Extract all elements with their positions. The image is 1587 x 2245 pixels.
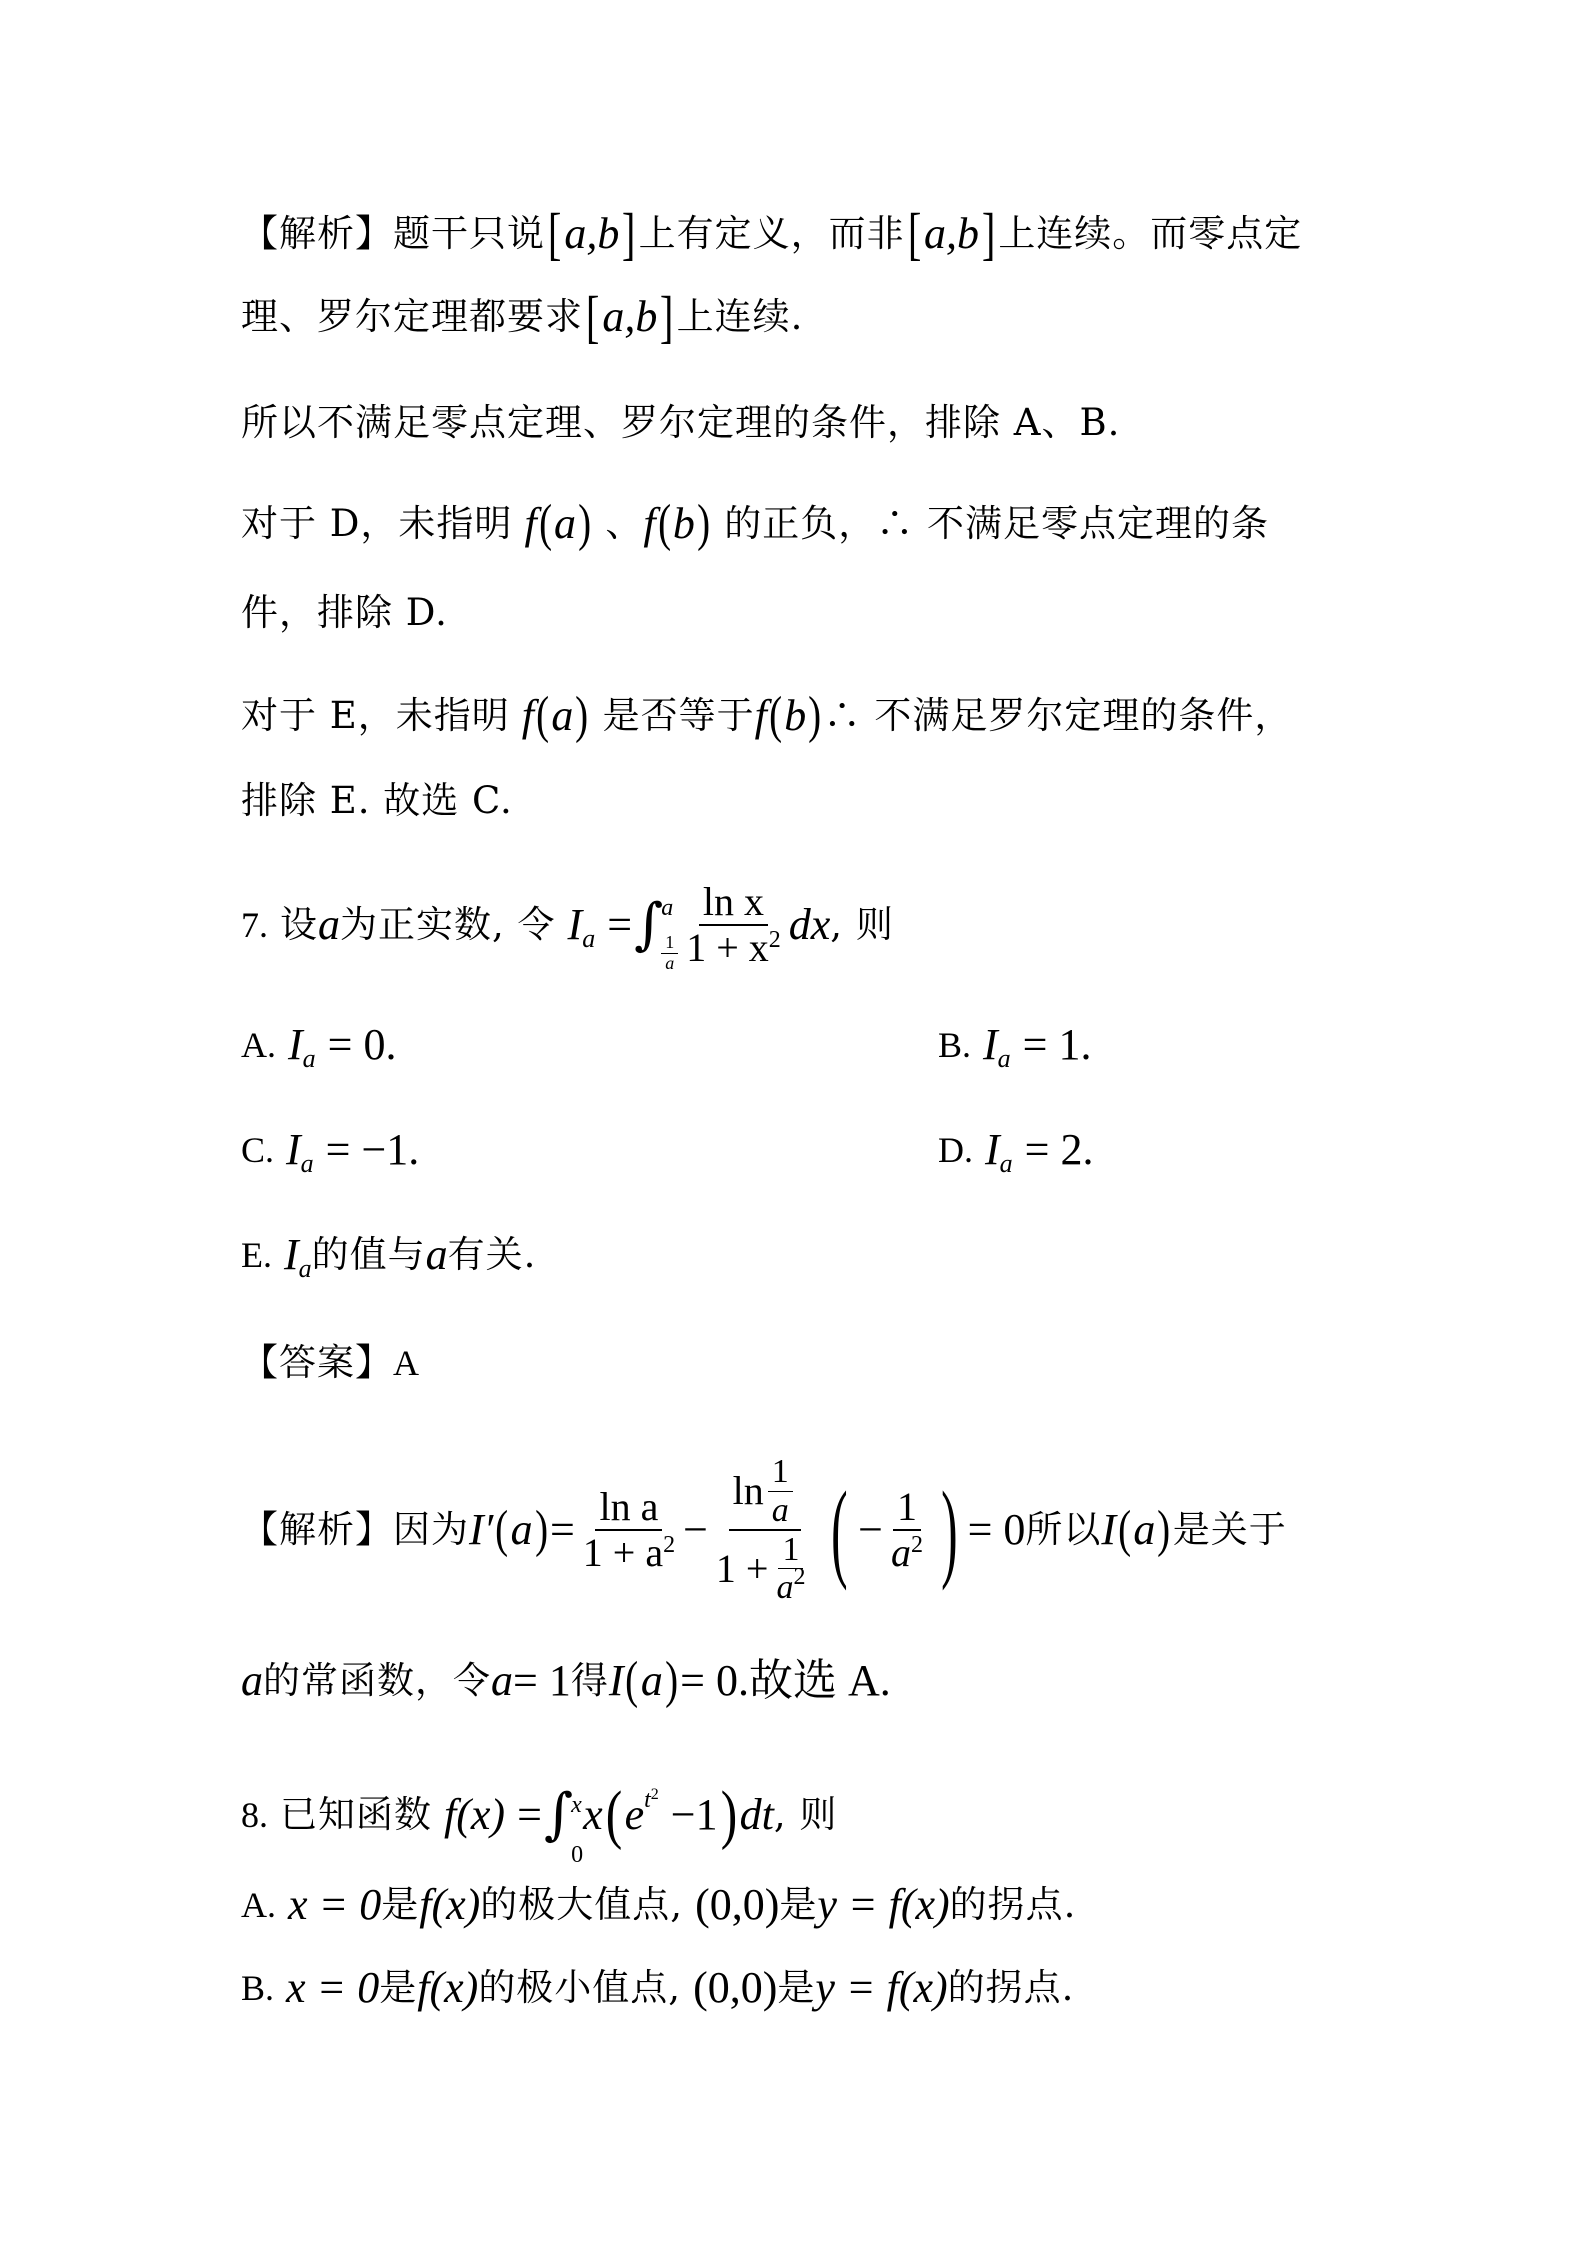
numerator: ln 1 a — [729, 1453, 801, 1531]
option-a: A. Ia = 0. — [241, 1020, 396, 1070]
q8-option-a: A. x = 0 是 f(x) 的极大值点, (0,0) 是 y = f(x) … — [241, 1880, 1076, 1930]
text: t — [644, 1787, 651, 1813]
bracket-open: [ — [586, 288, 600, 346]
denominator: 1 + a2 — [579, 1531, 679, 1575]
text: 理、罗尔定理都要求 — [241, 292, 583, 342]
text: 、 — [605, 499, 643, 549]
text: 2 — [651, 1786, 659, 1803]
text: ln x — [703, 879, 764, 924]
text: 1 + — [716, 1547, 769, 1591]
equals-zero: = 0 — [968, 1505, 1026, 1555]
math-curve: y = f(x) — [817, 1880, 949, 1930]
exponent: 2 — [663, 1532, 675, 1558]
analysis-q6-line2: 理、罗尔定理都要求 [a,b] 上连续. — [241, 288, 803, 346]
answer-label: 【答案】 — [241, 1338, 393, 1388]
text: 是 — [779, 1880, 817, 1930]
math-a: a — [241, 1656, 263, 1706]
math-I: I — [983, 1020, 998, 1070]
option-c: C. Ia = −1. — [241, 1125, 419, 1175]
option-value: = 0. — [328, 1020, 397, 1070]
option-label: E. — [241, 1230, 272, 1280]
text: 件，排除 D. — [241, 588, 448, 638]
numerator: ln a — [595, 1485, 662, 1531]
math-eq-1: = 1 — [513, 1656, 571, 1706]
analysis-q7-line1: 【解析】因为 I′(a) = ln a 1 + a2 − ln 1 a 1 + … — [241, 1430, 1287, 1630]
paren: ( — [658, 498, 671, 550]
math-a: a — [551, 691, 573, 741]
numerator: 1 — [893, 1485, 921, 1531]
text: 所以不满足零点定理、罗尔定理的条件，排除 A、B. — [241, 398, 1120, 448]
text: 的拐点. — [950, 1880, 1077, 1930]
paren: ) — [808, 690, 821, 742]
math-I: I — [1101, 1505, 1116, 1555]
math-cond: x = 0 — [286, 1963, 379, 2013]
math-f: f — [524, 499, 536, 549]
den: a2 — [772, 1569, 809, 1606]
text: 的常函数，令 — [263, 1656, 491, 1706]
text: 有关. — [448, 1230, 537, 1280]
text: 的正负，∴ 不满足零点定理的条 — [724, 499, 1269, 549]
one-over-a-squared: 1 a2 — [772, 1531, 809, 1607]
answer-value: A — [393, 1338, 419, 1388]
math-b: b — [673, 499, 695, 549]
math-f: f — [643, 499, 655, 549]
math-a: a — [426, 1230, 448, 1280]
math-f: f — [755, 691, 767, 741]
math-curve: y = f(x) — [815, 1963, 947, 2013]
minus: − — [858, 1505, 883, 1555]
analysis-label-text: 【解析】因为 — [241, 1505, 469, 1555]
denominator: 1 + 1 a2 — [712, 1531, 818, 1607]
text: = 0.故选 A. — [680, 1656, 891, 1706]
den: a — [661, 954, 678, 974]
num: 1 — [768, 1453, 793, 1491]
q8-option-b: B. x = 0 是 f(x) 的极小值点, (0,0) 是 y = f(x) … — [241, 1963, 1074, 2013]
fraction-ln-1-over-a: ln 1 a 1 + 1 a2 — [712, 1453, 818, 1607]
option-label: A. — [241, 1020, 276, 1070]
den: a — [768, 1492, 793, 1529]
math-f: f — [522, 691, 534, 741]
paren: ) — [941, 1475, 957, 1585]
exponent: t2 — [644, 1775, 659, 1828]
math-I: I — [985, 1125, 1000, 1175]
subscript-a: a — [299, 1244, 312, 1294]
paren: ( — [769, 690, 782, 742]
option-d: D. Ia = 2. — [938, 1125, 1093, 1175]
text: 是 — [381, 1880, 419, 1930]
equals: = — [517, 1790, 542, 1840]
math-dx: dx — [789, 900, 831, 950]
option-value: = 2. — [1025, 1125, 1094, 1175]
text: 对于 E，未指明 — [241, 691, 510, 741]
equals: = — [550, 1505, 575, 1555]
math-x: x — [583, 1790, 603, 1840]
paren: ) — [576, 690, 589, 742]
math-a: a — [491, 1656, 513, 1706]
paren: ( — [539, 498, 552, 550]
analysis-q6-line5: 件，排除 D. — [241, 588, 448, 638]
option-e: E. Ia 的值与 a 有关. — [241, 1230, 536, 1280]
text: 是关于 — [1173, 1505, 1287, 1555]
exponent: 2 — [911, 1532, 923, 1558]
text: 得 — [571, 1656, 609, 1706]
option-label: D. — [938, 1125, 973, 1175]
option-label: B. — [241, 1963, 274, 2013]
text: 是否等于 — [603, 691, 755, 741]
subscript-a: a — [1000, 1139, 1013, 1189]
math-I: I — [568, 900, 583, 950]
upper-limit: a — [661, 883, 678, 933]
one-over-a: 1 a — [768, 1453, 793, 1529]
text: 上连续。而零点定 — [998, 209, 1302, 259]
equals: = — [607, 900, 632, 950]
option-value: = 1. — [1023, 1020, 1092, 1070]
subscript-a: a — [998, 1034, 1011, 1084]
math-I: I — [609, 1656, 624, 1706]
integral-sign: ∫ — [634, 900, 663, 950]
text: 所以 — [1025, 1505, 1101, 1555]
math-fx: f(x) — [419, 1880, 480, 1930]
paren: ( — [495, 1504, 508, 1556]
text: 为正实数, 令 — [340, 900, 556, 950]
math-I: I — [284, 1230, 299, 1280]
math-fx: f(x) — [417, 1963, 478, 2013]
bracket-open: [ — [908, 205, 922, 263]
text: ∴ 不满足罗尔定理的条件， — [824, 691, 1293, 741]
analysis-q6-line4: 对于 D，未指明 f(a) 、 f(b) 的正负，∴ 不满足零点定理的条 — [241, 498, 1269, 550]
paren: ) — [578, 498, 591, 550]
text: 的拐点. — [948, 1963, 1075, 2013]
text: 上有定义，而非 — [639, 209, 905, 259]
paren: ) — [1158, 1504, 1171, 1556]
text: , 则 — [830, 900, 894, 950]
math-minus-one: −1 — [671, 1790, 718, 1840]
num: 1 — [661, 933, 678, 954]
analysis-q7-line2: a 的常函数，令 a = 1 得 I(a) = 0.故选 A. — [241, 1655, 891, 1707]
lower-limit: 1 a — [661, 933, 678, 974]
text: 是 — [777, 1963, 815, 2013]
subscript-a: a — [301, 1139, 314, 1189]
analysis-q6-line3: 所以不满足零点定理、罗尔定理的条件，排除 A、B. — [241, 398, 1120, 448]
option-label: A. — [241, 1880, 276, 1930]
math-Iprime: I′ — [469, 1505, 493, 1555]
subscript-a: a — [582, 914, 595, 964]
text: 已知函数 — [280, 1790, 432, 1840]
text: a — [891, 1530, 911, 1575]
question-7-stem: 7. 设 a 为正实数, 令 Ia = ∫ a 1 a ln x 1 + x2 … — [241, 880, 894, 970]
question-number: 7. — [241, 900, 268, 950]
math-a: a — [318, 900, 340, 950]
math-I: I — [286, 1125, 301, 1175]
question-8-stem: 8. 已知函数 f(x) = ∫ x 0 x ( et2 −1 ) dt , 则 — [241, 1775, 837, 1855]
interval-math: a,b — [602, 292, 657, 342]
math-a: a — [554, 499, 576, 549]
text: 排除 E. 故选 C. — [241, 776, 513, 826]
exponent: 2 — [793, 1564, 805, 1590]
math-e: e — [625, 1790, 645, 1840]
option-label: C. — [241, 1125, 274, 1175]
text: 的值与 — [312, 1230, 426, 1280]
analysis-label-text: 【解析】题干只说 — [241, 209, 545, 259]
subscript-a: a — [303, 1034, 316, 1084]
option-label: B. — [938, 1020, 971, 1070]
paren: ) — [720, 1782, 736, 1848]
option-value: = −1. — [326, 1125, 420, 1175]
bracket-close: ] — [622, 205, 636, 263]
bracket-open: [ — [548, 205, 562, 263]
text: 1 + x — [686, 925, 769, 970]
integral-limits: a 1 a — [661, 883, 678, 967]
paren: ( — [626, 1655, 639, 1707]
integrand-fraction: ln x 1 + x2 — [682, 880, 785, 970]
text: 上连续. — [677, 292, 804, 342]
fraction-neg-one-over-a-squared: 1 a2 — [887, 1485, 927, 1575]
interval-math: a,b — [564, 209, 619, 259]
math-point: (0,0) — [693, 1963, 777, 2013]
text: ln — [733, 1469, 764, 1513]
math-cond: x = 0 — [288, 1880, 381, 1930]
analysis-q6-line1: 【解析】题干只说 [a,b] 上有定义，而非 [a,b] 上连续。而零点定 — [241, 205, 1302, 263]
paren: ( — [536, 690, 549, 742]
interval-math: a,b — [924, 209, 979, 259]
integral-sign: ∫ — [544, 1790, 573, 1840]
paren: ) — [535, 1504, 548, 1556]
numerator: ln x — [699, 880, 768, 926]
paren: ) — [665, 1655, 678, 1707]
math-a: a — [641, 1656, 663, 1706]
text: a — [776, 1569, 793, 1606]
math-a: a — [511, 1505, 533, 1555]
paren: ( — [832, 1475, 848, 1585]
bracket-close: ] — [982, 205, 996, 263]
math-point: (0,0) — [695, 1880, 779, 1930]
bracket-close: ] — [660, 288, 674, 346]
math-a: a — [1133, 1505, 1155, 1555]
text: 1 + a — [583, 1530, 663, 1575]
denominator: a2 — [887, 1531, 927, 1575]
paren: ) — [697, 498, 710, 550]
text: , 则 — [774, 1790, 838, 1840]
exponent: 2 — [769, 927, 781, 953]
math-I: I — [288, 1020, 303, 1070]
math-b: b — [784, 691, 806, 741]
paren: ( — [1118, 1504, 1131, 1556]
text: 设 — [280, 900, 318, 950]
fraction-ln-a: ln a 1 + a2 — [579, 1485, 679, 1575]
minus: − — [683, 1505, 708, 1555]
text: 对于 D，未指明 — [241, 499, 512, 549]
question-number: 8. — [241, 1790, 268, 1840]
answer-line: 【答案】 A — [241, 1338, 419, 1388]
option-b: B. Ia = 1. — [938, 1020, 1092, 1070]
math-dt: dt — [740, 1790, 774, 1840]
paren: ( — [605, 1782, 621, 1848]
text: 的极大值点, — [480, 1880, 683, 1930]
text: 是 — [379, 1963, 417, 2013]
analysis-q6-line6: 对于 E，未指明 f(a) 是否等于 f(b) ∴ 不满足罗尔定理的条件， — [241, 690, 1292, 742]
denominator: 1 + x2 — [682, 926, 785, 970]
text: 的极小值点, — [478, 1963, 681, 2013]
analysis-q6-line7: 排除 E. 故选 C. — [241, 776, 513, 826]
math-fx: f(x) — [444, 1790, 505, 1840]
